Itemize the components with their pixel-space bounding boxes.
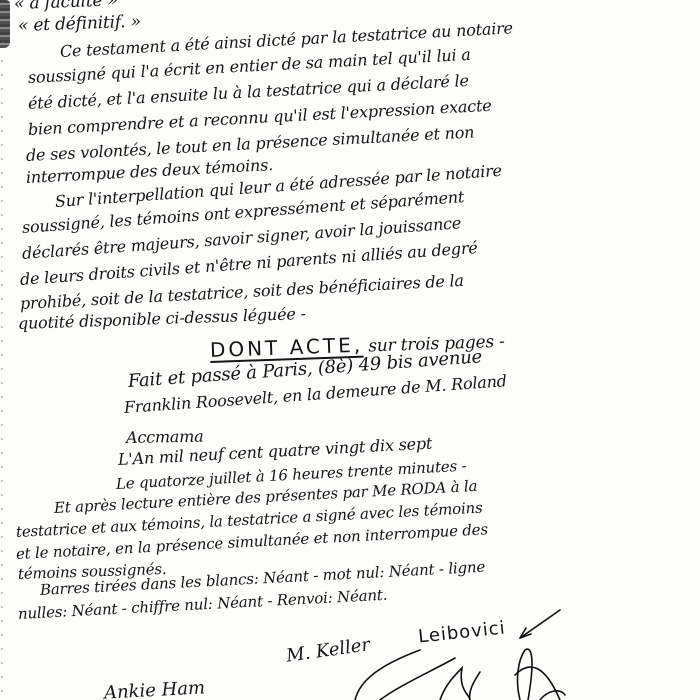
signature-witness-2: Leibovici xyxy=(417,617,506,647)
text-line: Accmama xyxy=(126,427,204,448)
scan-edge-dots xyxy=(1,60,3,700)
text-line: « a faculté » xyxy=(14,0,118,14)
signature-witness-1: M. Keller xyxy=(285,634,371,667)
text-line: « et définitif. » xyxy=(18,12,142,36)
signature-bottom-left: Ankie Ham xyxy=(104,677,206,700)
document-page: « a faculté » « et définitif. » Ce testa… xyxy=(0,0,700,700)
scan-edge-mark xyxy=(0,0,10,48)
